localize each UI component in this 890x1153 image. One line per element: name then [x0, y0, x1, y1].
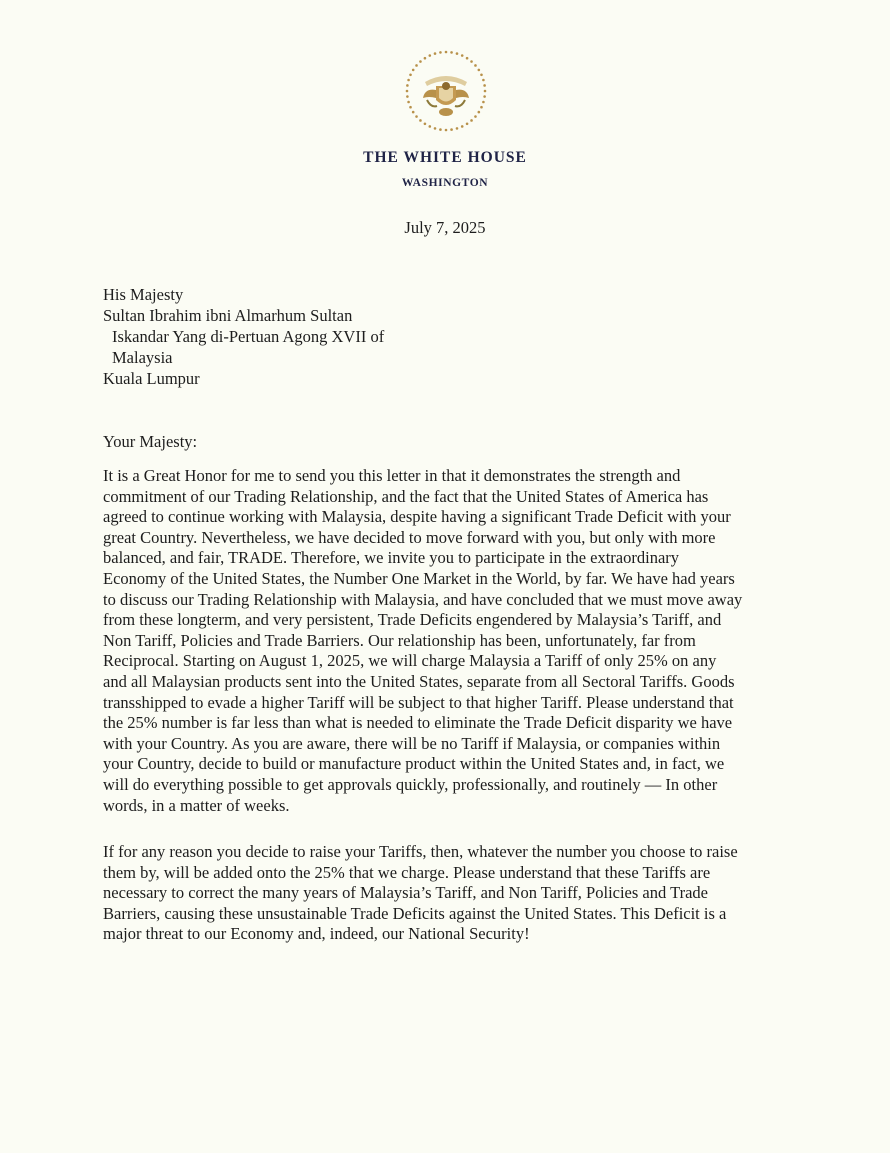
paragraph-line: them by, will be added onto the 25% that…: [103, 863, 803, 884]
body-paragraph-1: It is a Great Honor for me to send you t…: [103, 466, 803, 816]
paragraph-line: to discuss our Trading Relationship with…: [103, 590, 803, 611]
paragraph-line: major threat to our Economy and, indeed,…: [103, 924, 803, 945]
letterhead-location: WASHINGTON: [0, 177, 890, 189]
recipient-line: Sultan Ibrahim ibni Almarhum Sultan: [103, 305, 384, 326]
paragraph-line: If for any reason you decide to raise yo…: [103, 842, 803, 863]
paragraph-line: necessary to correct the many years of M…: [103, 883, 803, 904]
paragraph-line: transshipped to evade a higher Tariff wi…: [103, 693, 803, 714]
recipient-line: Malaysia: [103, 347, 384, 368]
recipient-line: His Majesty: [103, 284, 384, 305]
paragraph-line: It is a Great Honor for me to send you t…: [103, 466, 803, 487]
paragraph-line: words, in a matter of weeks.: [103, 796, 803, 817]
recipient-address: His Majesty Sultan Ibrahim ibni Almarhum…: [103, 284, 384, 389]
paragraph-line: your Country, decide to build or manufac…: [103, 754, 803, 775]
paragraph-line: Reciprocal. Starting on August 1, 2025, …: [103, 651, 803, 672]
paragraph-line: great Country. Nevertheless, we have dec…: [103, 528, 803, 549]
paragraph-line: and all Malaysian products sent into the…: [103, 672, 803, 693]
salutation: Your Majesty:: [103, 432, 197, 452]
paragraph-line: balanced, and fair, TRADE. Therefore, we…: [103, 548, 803, 569]
paragraph-line: Economy of the United States, the Number…: [103, 569, 803, 590]
presidential-seal-icon: [403, 48, 489, 134]
letterhead-title: THE WHITE HOUSE: [0, 149, 890, 167]
letter-date: July 7, 2025: [0, 218, 890, 238]
letter-page: THE WHITE HOUSE WASHINGTON July 7, 2025 …: [0, 0, 890, 1153]
paragraph-line: agreed to continue working with Malaysia…: [103, 507, 803, 528]
recipient-line: Kuala Lumpur: [103, 368, 384, 389]
paragraph-line: Barriers, causing these unsustainable Tr…: [103, 904, 803, 925]
paragraph-line: with your Country. As you are aware, the…: [103, 734, 803, 755]
paragraph-line: the 25% number is far less than what is …: [103, 713, 803, 734]
recipient-line: Iskandar Yang di-Pertuan Agong XVII of: [103, 326, 384, 347]
paragraph-line: will do everything possible to get appro…: [103, 775, 803, 796]
paragraph-line: commitment of our Trading Relationship, …: [103, 487, 803, 508]
body-paragraph-2: If for any reason you decide to raise yo…: [103, 842, 803, 945]
paragraph-line: Non Tariff, Policies and Trade Barriers.…: [103, 631, 803, 652]
paragraph-line: from these longterm, and very persistent…: [103, 610, 803, 631]
